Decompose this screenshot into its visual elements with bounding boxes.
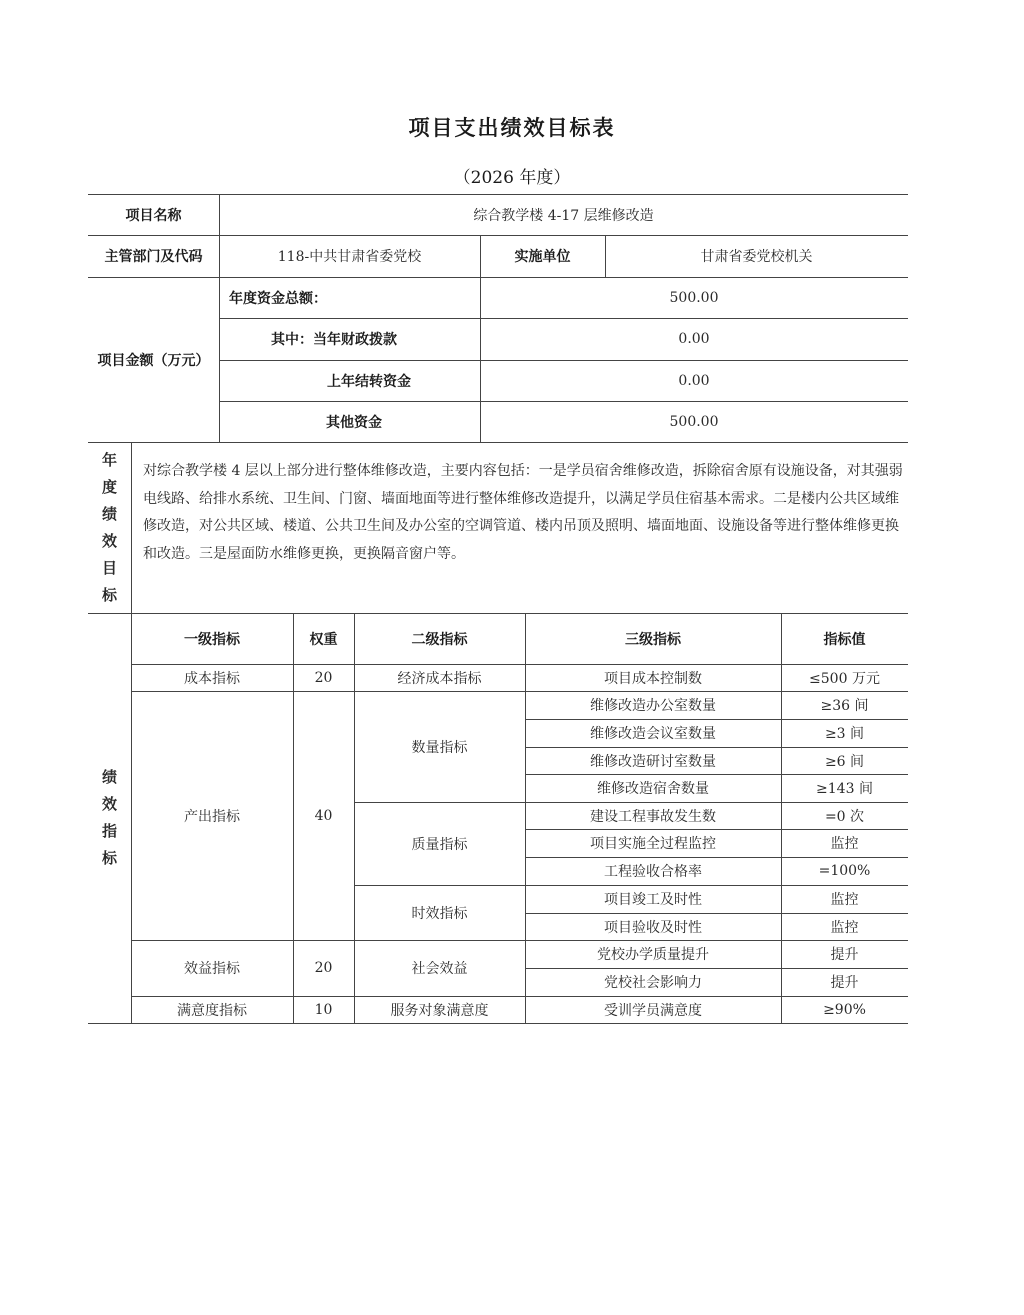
indicator-value: =100% xyxy=(781,857,908,885)
level3-item: 工程验收合格率 xyxy=(525,857,781,885)
header-level1: 一级指标 xyxy=(131,613,293,664)
level3-item: 项目成本控制数 xyxy=(525,664,781,691)
indicator-value: 监控 xyxy=(781,913,908,940)
header-value: 指标值 xyxy=(781,613,908,664)
indicator-value: ≥36 间 xyxy=(781,691,908,719)
dept-label: 主管部门及代码 xyxy=(88,235,219,277)
label-char: 绩 xyxy=(102,501,117,528)
label-char: 标 xyxy=(102,845,117,872)
indicator-value: =0 次 xyxy=(781,802,908,829)
project-name-label: 项目名称 xyxy=(88,194,219,235)
indicator-value: 提升 xyxy=(781,968,908,996)
level3-item: 项目竣工及时性 xyxy=(525,885,781,913)
level2-quantity: 数量指标 xyxy=(354,691,525,802)
level3-item: 党校社会影响力 xyxy=(525,968,781,996)
weight-satisfaction: 10 xyxy=(293,996,354,1023)
label-char: 年 xyxy=(102,447,117,474)
indicator-value: 监控 xyxy=(781,885,908,913)
funding-fiscal-value: 0.00 xyxy=(480,318,908,360)
level3-item: 维修改造研讨室数量 xyxy=(525,747,781,774)
dept-value: 118-中共甘肃省委党校 xyxy=(219,235,480,277)
level1-cost: 成本指标 xyxy=(131,664,293,691)
level3-item: 维修改造会议室数量 xyxy=(525,719,781,747)
label-char: 绩 xyxy=(102,764,117,791)
document-subtitle: （2026 年度） xyxy=(0,163,1024,188)
funding-label: 项目金额（万元） xyxy=(88,277,219,442)
level1-output: 产出指标 xyxy=(131,691,293,940)
document-title: 项目支出绩效目标表 xyxy=(0,112,1024,142)
table-border xyxy=(88,442,908,443)
header-level2: 二级指标 xyxy=(354,613,525,664)
level2-service-satisfaction: 服务对象满意度 xyxy=(354,996,525,1023)
annual-goal-label: 年 度 绩 效 目 标 xyxy=(88,446,131,610)
funding-carryover-label: 上年结转资金 xyxy=(219,360,519,401)
impl-unit-value: 甘肃省委党校机关 xyxy=(605,235,908,277)
level2-quality: 质量指标 xyxy=(354,802,525,885)
funding-other-value: 500.00 xyxy=(480,401,908,442)
indicator-value: ≤500 万元 xyxy=(781,664,908,691)
level3-item: 维修改造宿舍数量 xyxy=(525,774,781,802)
level3-item: 建设工程事故发生数 xyxy=(525,802,781,829)
label-char: 效 xyxy=(102,528,117,555)
weight-cost: 20 xyxy=(293,664,354,691)
level1-satisfaction: 满意度指标 xyxy=(131,996,293,1023)
indicator-value: ≥6 间 xyxy=(781,747,908,774)
label-char: 标 xyxy=(102,582,117,609)
level3-item: 受训学员满意度 xyxy=(525,996,781,1023)
annual-goal-text: 对综合教学楼 4 层以上部分进行整体维修改造，主要内容包括：一是学员宿舍维修改造… xyxy=(143,458,908,568)
header-level3: 三级指标 xyxy=(525,613,781,664)
indicator-value: ≥143 间 xyxy=(781,774,908,802)
indicator-value: 提升 xyxy=(781,940,908,968)
level3-item: 维修改造办公室数量 xyxy=(525,691,781,719)
label-char: 指 xyxy=(102,818,117,845)
level1-benefit: 效益指标 xyxy=(131,940,293,996)
indicator-value: 监控 xyxy=(781,829,908,857)
impl-unit-label: 实施单位 xyxy=(480,235,605,277)
funding-total-label: 年度资金总额： xyxy=(229,277,480,318)
funding-fiscal-label: 其中：当年财政拨款 xyxy=(219,318,449,360)
funding-carryover-value: 0.00 xyxy=(480,360,908,401)
level3-item: 党校办学质量提升 xyxy=(525,940,781,968)
label-char: 目 xyxy=(102,555,117,582)
label-char: 度 xyxy=(102,474,117,501)
header-weight: 权重 xyxy=(293,613,354,664)
indicator-value: ≥90% xyxy=(781,996,908,1023)
level2-social-benefit: 社会效益 xyxy=(354,940,525,996)
level3-item: 项目验收及时性 xyxy=(525,913,781,940)
table-border xyxy=(88,1023,908,1024)
weight-output: 40 xyxy=(293,691,354,940)
funding-total-value: 500.00 xyxy=(480,277,908,318)
indicator-value: ≥3 间 xyxy=(781,719,908,747)
level2-timeliness: 时效指标 xyxy=(354,885,525,940)
label-char: 效 xyxy=(102,791,117,818)
level2-economic-cost: 经济成本指标 xyxy=(354,664,525,691)
level3-item: 项目实施全过程监控 xyxy=(525,829,781,857)
indicators-label: 绩 效 指 标 xyxy=(88,613,131,1023)
weight-benefit: 20 xyxy=(293,940,354,996)
funding-other-label: 其他资金 xyxy=(219,401,489,442)
project-name-value: 综合教学楼 4-17 层维修改造 xyxy=(219,194,908,235)
